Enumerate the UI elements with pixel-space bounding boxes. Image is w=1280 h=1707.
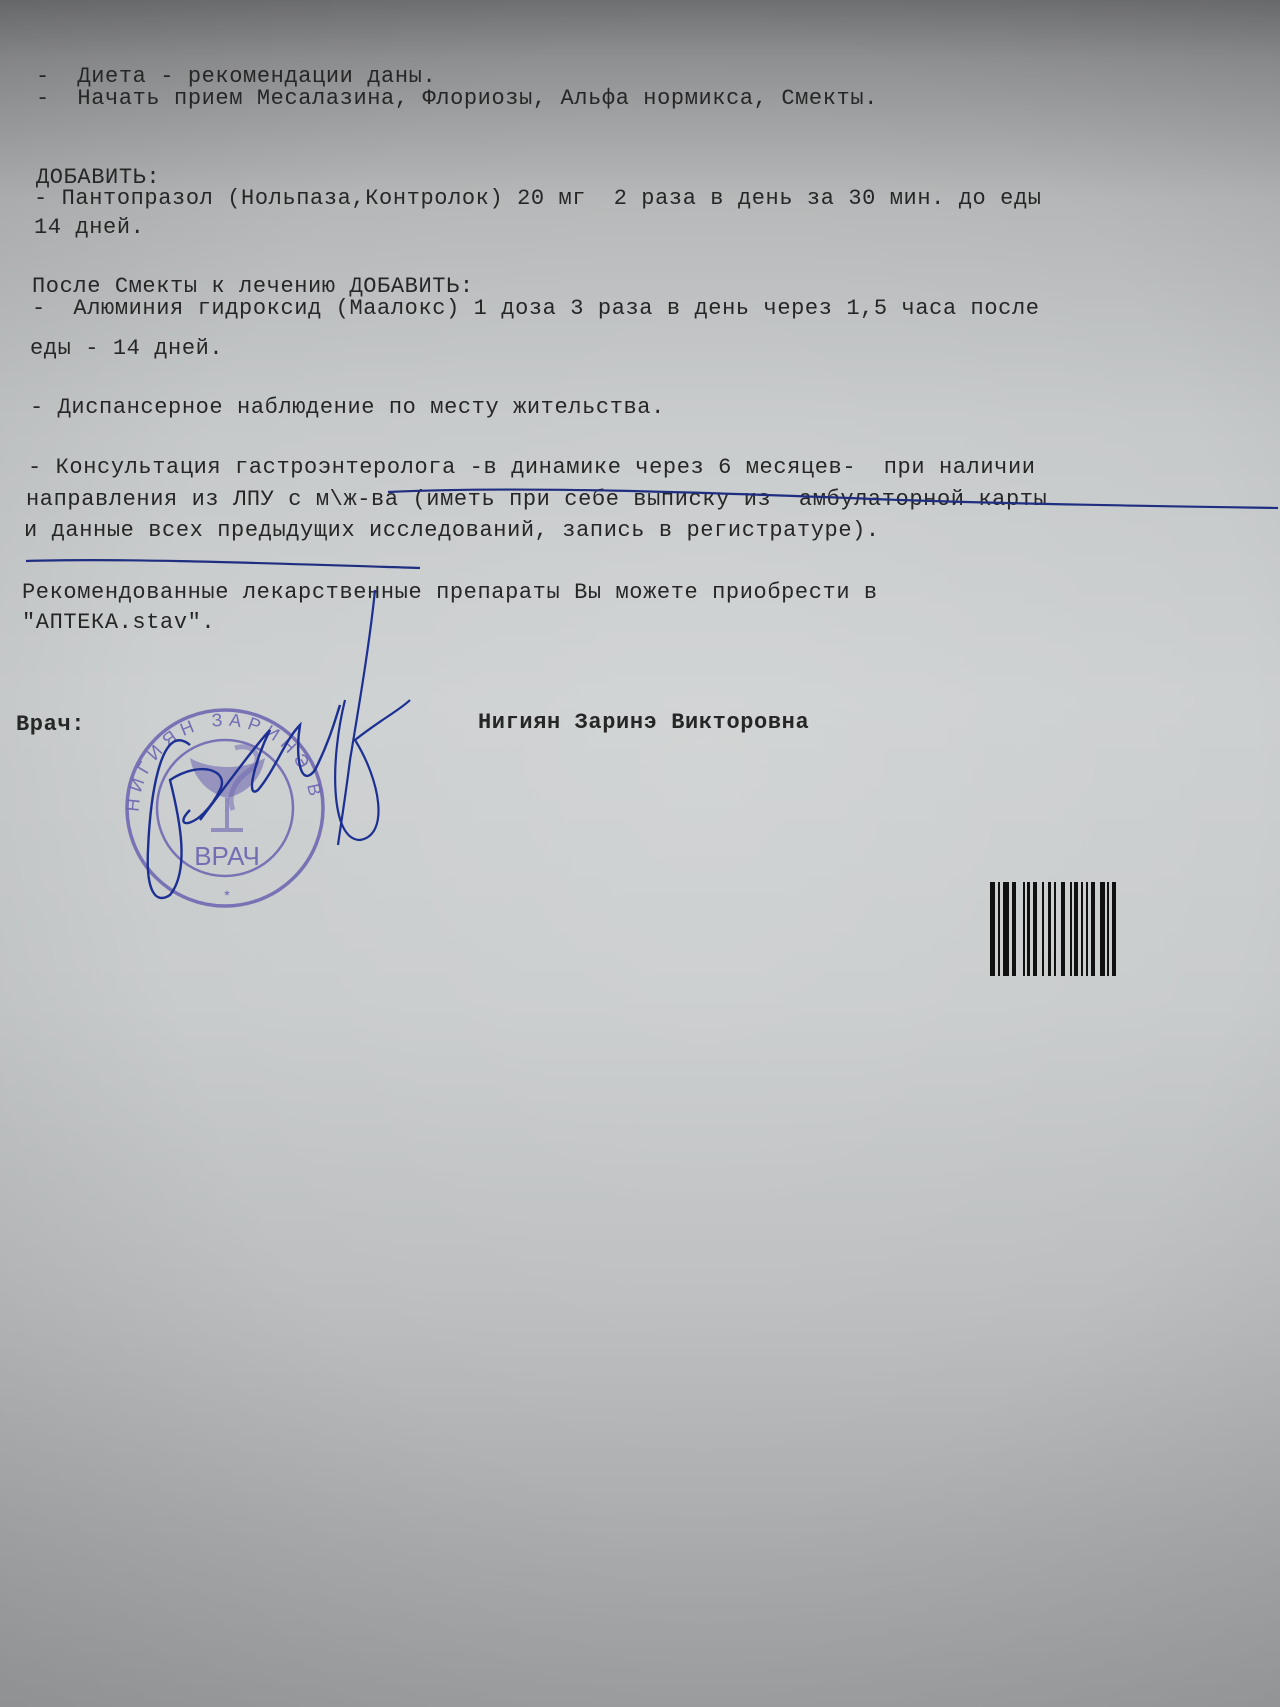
pantoprazole-duration: 14 дней. <box>34 215 144 241</box>
barcode <box>990 882 1118 976</box>
doctor-stamp: НИГИЯН ЗАРИНЭ ВИКТОРОВНА ВРАЧ * <box>115 700 340 910</box>
maalox-duration: еды - 14 дней. <box>30 336 223 362</box>
pharmacy-note-line-1: Рекомендованные лекарственные препараты … <box>22 580 878 606</box>
dispensary-line: - Диспансерное наблюдение по месту жител… <box>30 395 665 421</box>
paper-shading <box>0 0 1280 1707</box>
pharmacy-note-line-2: "АПТЕКА.stav". <box>22 610 215 636</box>
svg-text:НИГИЯН ЗАРИНЭ ВИКТОРОВНА: НИГИЯН ЗАРИНЭ ВИКТОРОВНА <box>115 700 327 813</box>
maalox-line: - Алюминия гидроксид (Маалокс) 1 доза 3 … <box>32 296 1040 322</box>
stamp-outer-text: НИГИЯН ЗАРИНЭ ВИКТОРОВНА <box>115 700 327 813</box>
stamp-center-text: ВРАЧ <box>194 841 260 871</box>
consultation-line-1: - Консультация гастроэнтеролога -в динам… <box>28 455 1036 481</box>
stamp-star: * <box>224 887 230 903</box>
consultation-line-2: направления из ЛПУ с м\ж-ва (иметь при с… <box>26 487 1047 513</box>
consultation-line-3: и данные всех предыдущих исследований, з… <box>24 518 880 544</box>
doctor-label: Врач: <box>16 712 85 738</box>
recommendation-medications: - Начать прием Месалазина, Флориозы, Аль… <box>36 86 878 112</box>
doctor-name: Нигиян Заринэ Викторовна <box>478 710 809 736</box>
pantoprazole-line: - Пантопразол (Нольпаза,Контролок) 20 мг… <box>34 186 1042 212</box>
